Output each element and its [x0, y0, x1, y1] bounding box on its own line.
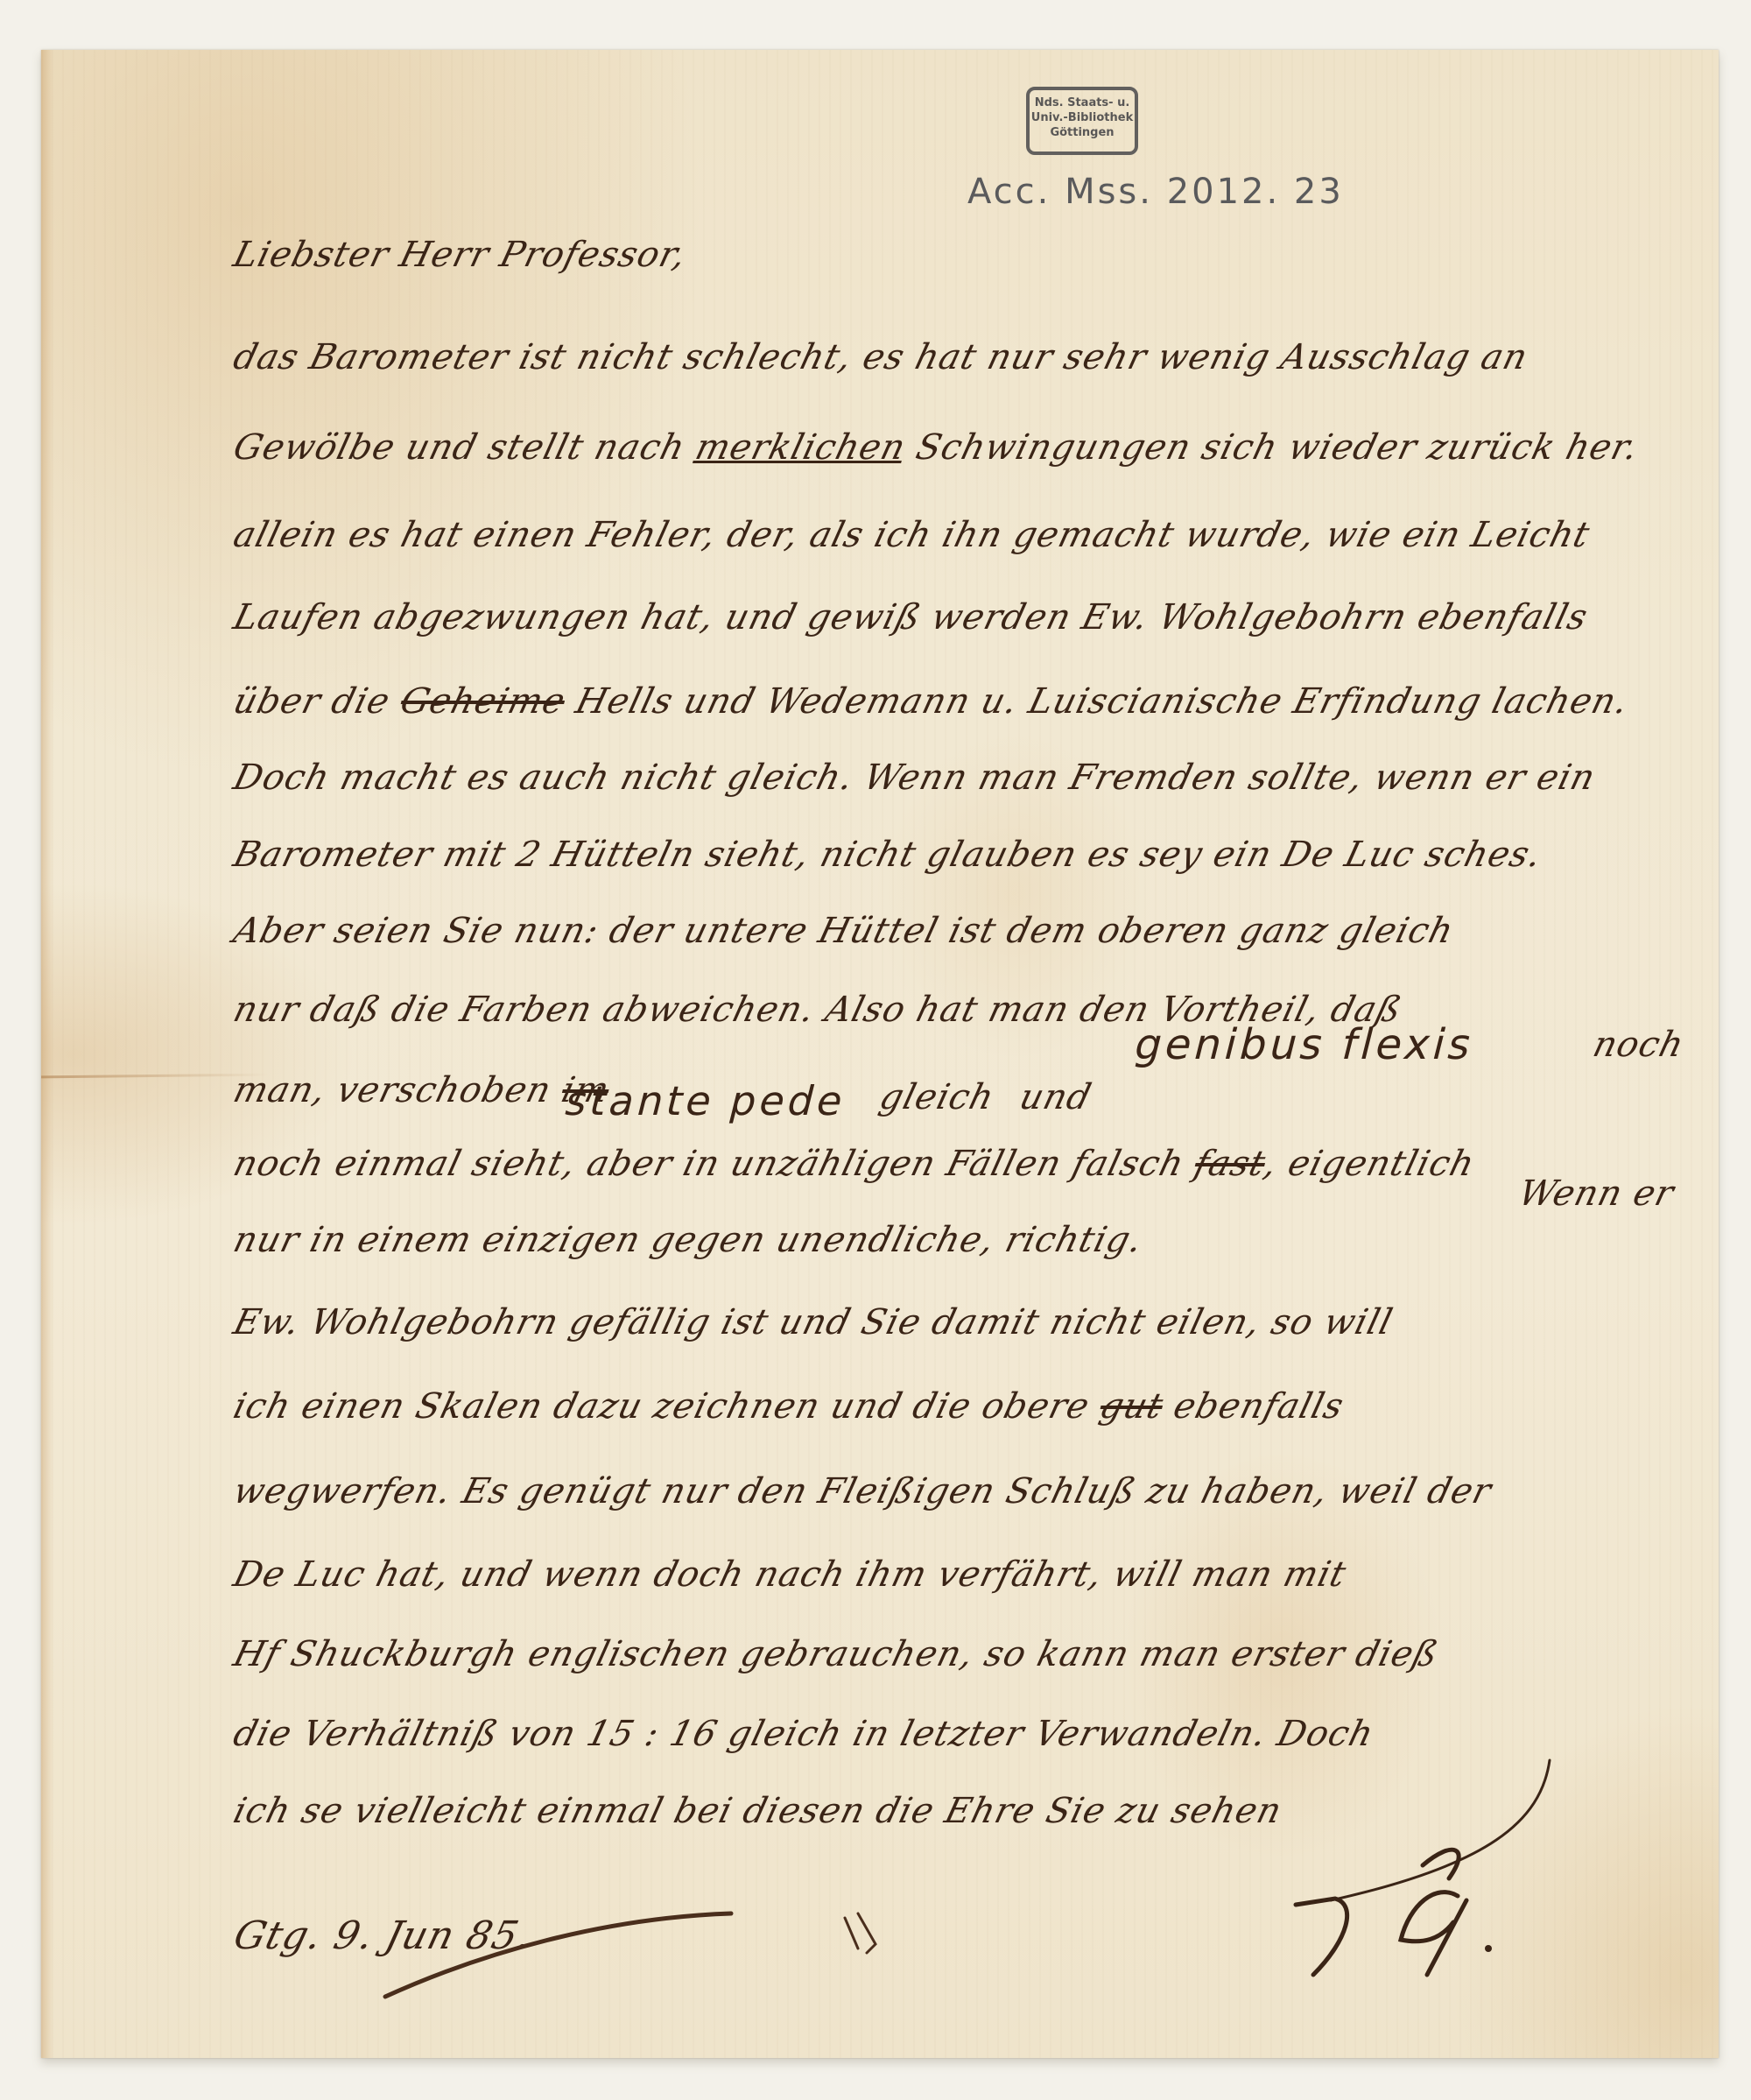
letter-line: ich se vielleicht einmal bei diesen die …	[229, 1791, 1286, 1831]
date-flourish	[376, 1900, 744, 2005]
letter-line: wegwerfen. Es genügt nur den Fleißigen S…	[229, 1471, 1496, 1512]
letter-line: noch einmal sieht, aber in unzähligen Fä…	[229, 1144, 1479, 1184]
word-gleich: gleich	[875, 1077, 999, 1117]
stamp-line-3: Göttingen	[1030, 125, 1135, 140]
word-noch: noch	[1589, 1025, 1688, 1065]
letter-line: De Luc hat, und wenn doch nach ihm verfä…	[229, 1554, 1351, 1595]
ink-mark	[840, 1909, 902, 1962]
phrase-stante-pede: stante pede	[560, 1077, 852, 1124]
struck-word: fast	[1191, 1144, 1270, 1184]
shelfmark: Acc. Mss. 2012. 23	[967, 172, 1344, 212]
signature-flourish	[1278, 1751, 1567, 1979]
fold-crease	[41, 1074, 269, 1079]
edge-stain	[41, 50, 53, 2058]
letter-line: über die Geheime Hells und Wedemann u. L…	[229, 681, 1633, 722]
word-wenn-er: Wenn er	[1515, 1173, 1678, 1214]
word-und: und	[1016, 1077, 1096, 1117]
letter-line: Aber seien Sie nun: der untere Hüttel is…	[229, 911, 1458, 951]
struck-word: gut	[1096, 1386, 1168, 1427]
salutation: Liebster Herr Professor,	[229, 235, 691, 275]
letter-line: Gewölbe und stellt nach merklichen Schwi…	[229, 427, 1642, 468]
letter-line: Laufen abgezwungen hat, und gewiß werden…	[229, 597, 1592, 638]
phrase-genibus-flexis: genibus flexis	[1129, 1020, 1480, 1069]
letter-line: nur in einem einzigen gegen unendliche, …	[229, 1220, 1147, 1260]
letter-line: das Barometer ist nicht schlecht, es hat…	[229, 337, 1532, 377]
letter-line: Barometer mit 2 Hütteln sieht, nicht gla…	[229, 835, 1546, 875]
stamp-line-2: Univ.-Bibliothek	[1030, 110, 1135, 125]
stamp-line-1: Nds. Staats- u.	[1030, 95, 1135, 110]
letter-line: ich einen Skalen dazu zeichnen und die o…	[229, 1386, 1348, 1427]
struck-word: Geheime	[397, 681, 570, 722]
letter-line: Doch macht es auch nicht gleich. Wenn ma…	[229, 758, 1600, 798]
letter-line: Hf Shuckburgh englischen gebrauchen, so …	[229, 1634, 1443, 1674]
underlined-word: merklichen	[692, 427, 911, 468]
letter-line: man, verschoben im	[229, 1070, 614, 1110]
letter-line: allein es hat einen Fehler, der, als ich…	[229, 515, 1594, 555]
library-stamp: Nds. Staats- u. Univ.-Bibliothek Götting…	[1026, 87, 1138, 155]
letter-line: Ew. Wohlgebohrn gefällig ist und Sie dam…	[229, 1302, 1397, 1342]
letter-line: die Verhältniß von 15 : 16 gleich in let…	[229, 1714, 1378, 1754]
